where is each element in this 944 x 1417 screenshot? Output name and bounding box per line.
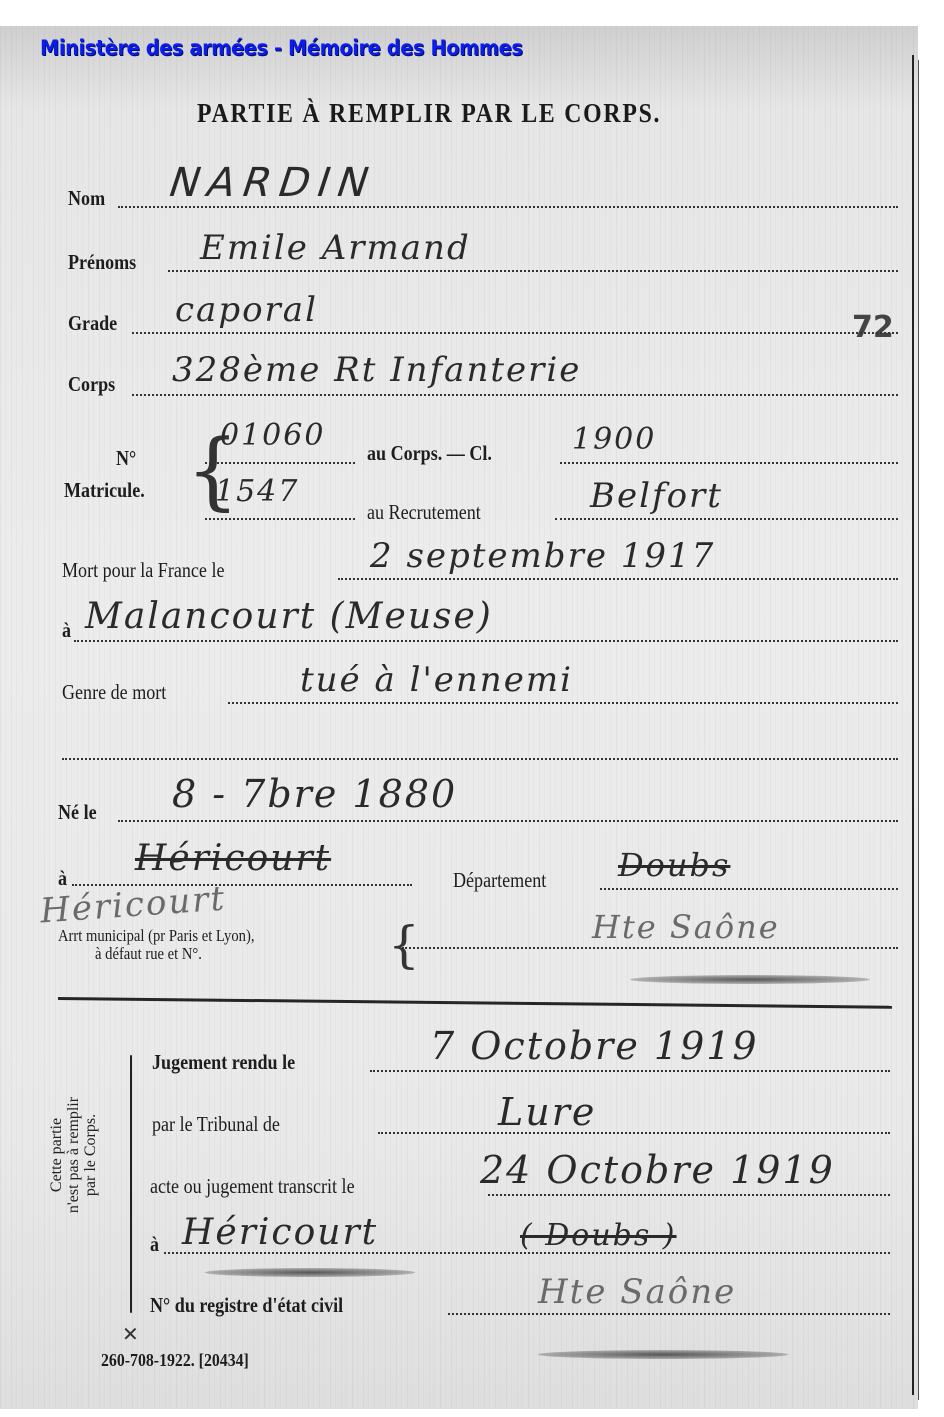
side-note: Cette partie n'est pas à remplir par le … [48,1025,99,1285]
ink-smudge-3 [538,1350,788,1359]
recrutement-line [555,518,898,520]
transcrit-le-line [488,1194,890,1196]
registre-label: N° du registre d'état civil [150,1293,343,1318]
matricule-corps-line [205,462,355,464]
ne-le-label: Né le [58,800,97,825]
side-note-line-2: n'est pas à remplir [65,1025,82,1285]
jugement-rendu-value: 7 Octobre 1919 [430,1024,759,1068]
blank-line [62,758,898,760]
recrutement-lieu: Belfort [590,476,723,516]
genre-de-mort-label: Genre de mort [62,680,166,705]
matricule-recrutement-line [205,518,355,520]
matricule-recrutement-label: au Recrutement [367,500,481,525]
mort-le-label: Mort pour la France le [62,558,224,583]
side-note-line-3: par le Corps. [82,1025,99,1285]
form-title: PARTIE À REMPLIR PAR LE CORPS. [197,98,661,129]
x-mark: ✕ [122,1322,139,1346]
classe-value: 1900 [572,422,656,457]
ne-a-label: à [58,866,67,891]
corps-label: Corps [68,372,115,397]
genre-de-mort-line [228,702,898,704]
tribunal-line [378,1132,890,1134]
nom-value: NARDIN [163,160,384,206]
form-footer-reference: 260-708-1922. [20434] [101,1350,249,1371]
matricule-corps-value: 01060 [220,418,325,453]
arrondissement-line [402,947,898,949]
matricule-corps-label: au Corps. — Cl. [367,441,492,466]
transcrit-le-label: acte ou jugement transcrit le [150,1174,355,1199]
genre-de-mort-value: tué à l'ennemi [300,660,573,700]
jugement-brace [130,1055,132,1313]
departement-line [600,888,898,890]
departement-correction: Hte Saône [592,908,780,946]
side-note-line-1: Cette partie [48,1025,65,1285]
ne-a-struck-value: Héricourt [135,838,331,879]
classe-line [560,462,898,464]
page-edge-line-secondary [918,60,919,1400]
arrondissement-label-2: à défaut rue et N°. [95,944,202,964]
transcrit-dept-correction: Hte Saône [538,1272,736,1312]
margin-number: 72 [852,310,894,345]
corps-line [132,394,898,396]
mort-a-label: à [62,618,71,643]
jugement-rendu-line [370,1070,890,1072]
prenoms-line [168,270,898,272]
arrondissement-brace: { [388,920,420,970]
ne-le-line [118,820,898,822]
matricule-recrutement-value: 1547 [215,474,299,509]
watermark: Ministère des armées - Mémoire des Homme… [40,36,523,60]
mort-le-line [338,578,898,580]
arrondissement-label-1: Arrt municipal (pr Paris et Lyon), [58,926,255,946]
departement-label: Département [453,868,546,893]
transcrit-dept-struck: ( Doubs ) [520,1218,677,1253]
nom-label: Nom [68,186,105,211]
registre-line [448,1313,890,1315]
grade-value: caporal [175,290,318,330]
prenoms-label: Prénoms [68,250,136,275]
ink-smudge [630,975,870,984]
prenoms-value: Emile Armand [200,228,471,268]
mort-a-value: Malancourt (Meuse) [85,596,493,637]
mort-le-value: 2 septembre 1917 [370,536,715,576]
tribunal-label: par le Tribunal de [152,1112,280,1137]
matricule-label: Matricule. [64,478,145,503]
matricule-label-no: N° [116,446,136,471]
grade-label: Grade [68,311,117,336]
corps-value: 328ème Rt Infanterie [172,350,581,390]
transcrit-le-value: 24 Octobre 1919 [480,1148,835,1192]
ink-smudge-2 [205,1268,415,1277]
departement-struck-value: Doubs [618,846,730,884]
page-edge-line [912,55,914,1395]
grade-line [132,332,898,334]
tribunal-value: Lure [498,1090,596,1134]
jugement-rendu-label: Jugement rendu le [152,1050,295,1075]
mort-a-line [74,640,898,642]
transcrit-a-label: à [150,1232,159,1257]
transcrit-a-value: Héricourt [182,1212,378,1253]
ne-le-value: 8 - 7bre 1880 [172,772,457,816]
nom-line [118,206,898,208]
